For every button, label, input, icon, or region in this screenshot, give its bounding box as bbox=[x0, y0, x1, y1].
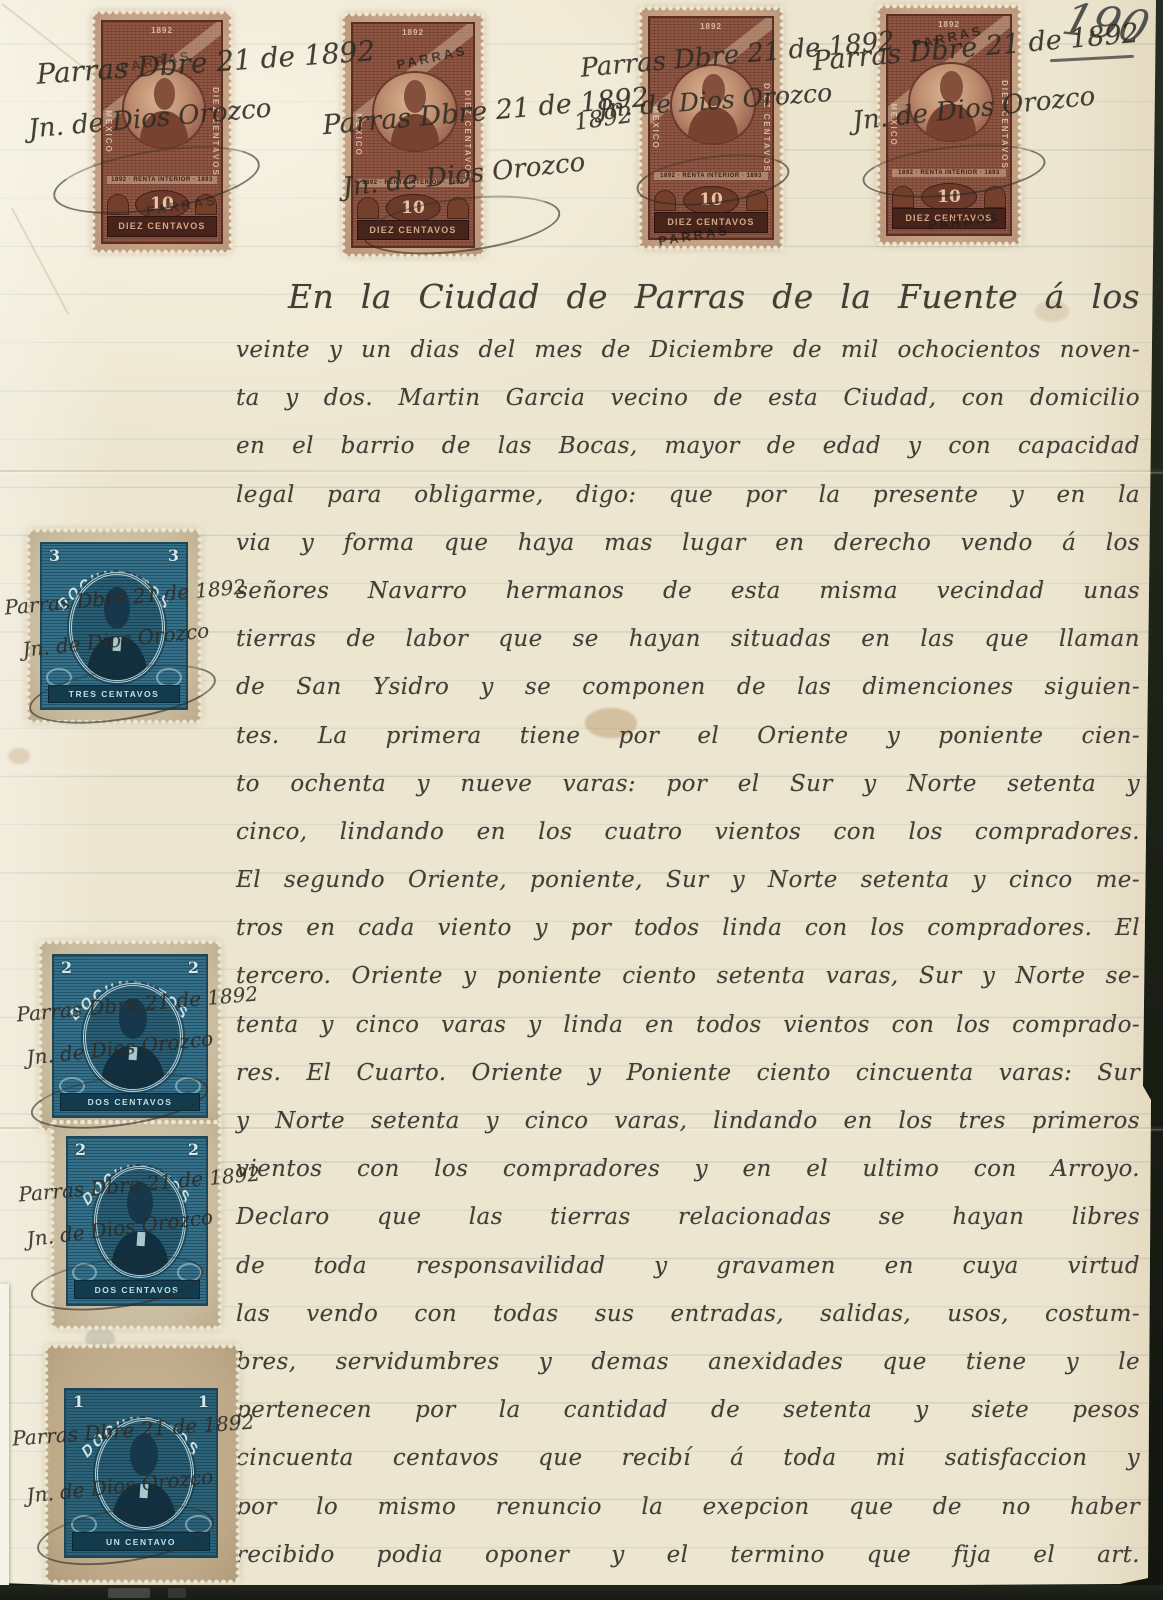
manuscript-line: de toda responsavilidad y gravamen en cu… bbox=[236, 1242, 1140, 1290]
manuscript-line: legal para obligarme, digo: que por la p… bbox=[236, 471, 1140, 519]
manuscript-line: y Norte setenta y cinco varas, lindando … bbox=[236, 1097, 1140, 1145]
manuscript-line: to ochenta y nueve varas: por el Sur y N… bbox=[236, 760, 1140, 808]
manuscript-line: tercero. Oriente y poniente ciento seten… bbox=[236, 952, 1140, 1000]
manuscript-line: recibido podia oponer y el termino que f… bbox=[236, 1531, 1140, 1579]
manuscript-line: veinte y un dias del mes de Diciembre de… bbox=[236, 326, 1140, 374]
manuscript-line: señores Navarro hermanos de esta misma v… bbox=[236, 567, 1140, 615]
manuscript-line: de San Ysidro y se componen de las dimen… bbox=[236, 663, 1140, 711]
manuscript-line: en el barrio de las Bocas, mayor de edad… bbox=[236, 422, 1140, 470]
manuscript-line: tes. La primera tiene por el Oriente y p… bbox=[236, 712, 1140, 760]
stamp-denomination: DIEZ CENTAVOS bbox=[107, 216, 218, 237]
manuscript-line: ta y dos. Martin Garcia vecino de esta C… bbox=[236, 374, 1140, 422]
manuscript-line: bres, servidumbres y demas anexidades qu… bbox=[236, 1338, 1140, 1386]
manuscript-line: via y forma que haya mas lugar en derech… bbox=[236, 519, 1140, 567]
manuscript-line: por lo mismo renuncio la exepcion que de… bbox=[236, 1483, 1140, 1531]
manuscript-line: pertenecen por la cantidad de setenta y … bbox=[236, 1386, 1140, 1434]
stamp-year: 1892 bbox=[151, 26, 173, 35]
background-object bbox=[108, 1588, 150, 1598]
stamp-year: 1892 bbox=[402, 28, 424, 37]
paper-stain bbox=[8, 748, 30, 764]
manuscript-line: En la Ciudad de Parras de la Fuente á lo… bbox=[236, 268, 1140, 326]
manuscript-line: tros en cada viento y por todos linda co… bbox=[236, 904, 1140, 952]
paper-stain bbox=[85, 1328, 115, 1348]
manuscript-line: Declaro que las tierras relacionadas se … bbox=[236, 1193, 1140, 1241]
manuscript-line: vientos con los compradores y en el ulti… bbox=[236, 1145, 1140, 1193]
manuscript-line: tenta y cinco varas y linda en todos vie… bbox=[236, 1001, 1140, 1049]
manuscript-line: cinco, lindando en los cuatro vientos co… bbox=[236, 808, 1140, 856]
manuscript-line: cincuenta centavos que recibí á toda mi … bbox=[236, 1434, 1140, 1482]
manuscript-body: En la Ciudad de Parras de la Fuente á lo… bbox=[236, 268, 1140, 1579]
photo-background: 190 MEXICO DIEZ CENTAVOS 1892 1892 · REN… bbox=[0, 0, 1163, 1600]
manuscript-line: res. El Cuarto. Oriente y Poniente cient… bbox=[236, 1049, 1140, 1097]
manuscript-line: El segundo Oriente, poniente, Sur y Nort… bbox=[236, 856, 1140, 904]
table-background bbox=[0, 1585, 1163, 1600]
stamp-year: 1892 bbox=[700, 22, 722, 31]
underlying-page-edge bbox=[0, 1284, 9, 1596]
manuscript-line: tierras de labor que se hayan situadas e… bbox=[236, 615, 1140, 663]
manuscript-line: las vendo con todas sus entradas, salida… bbox=[236, 1290, 1140, 1338]
background-object bbox=[168, 1588, 186, 1598]
